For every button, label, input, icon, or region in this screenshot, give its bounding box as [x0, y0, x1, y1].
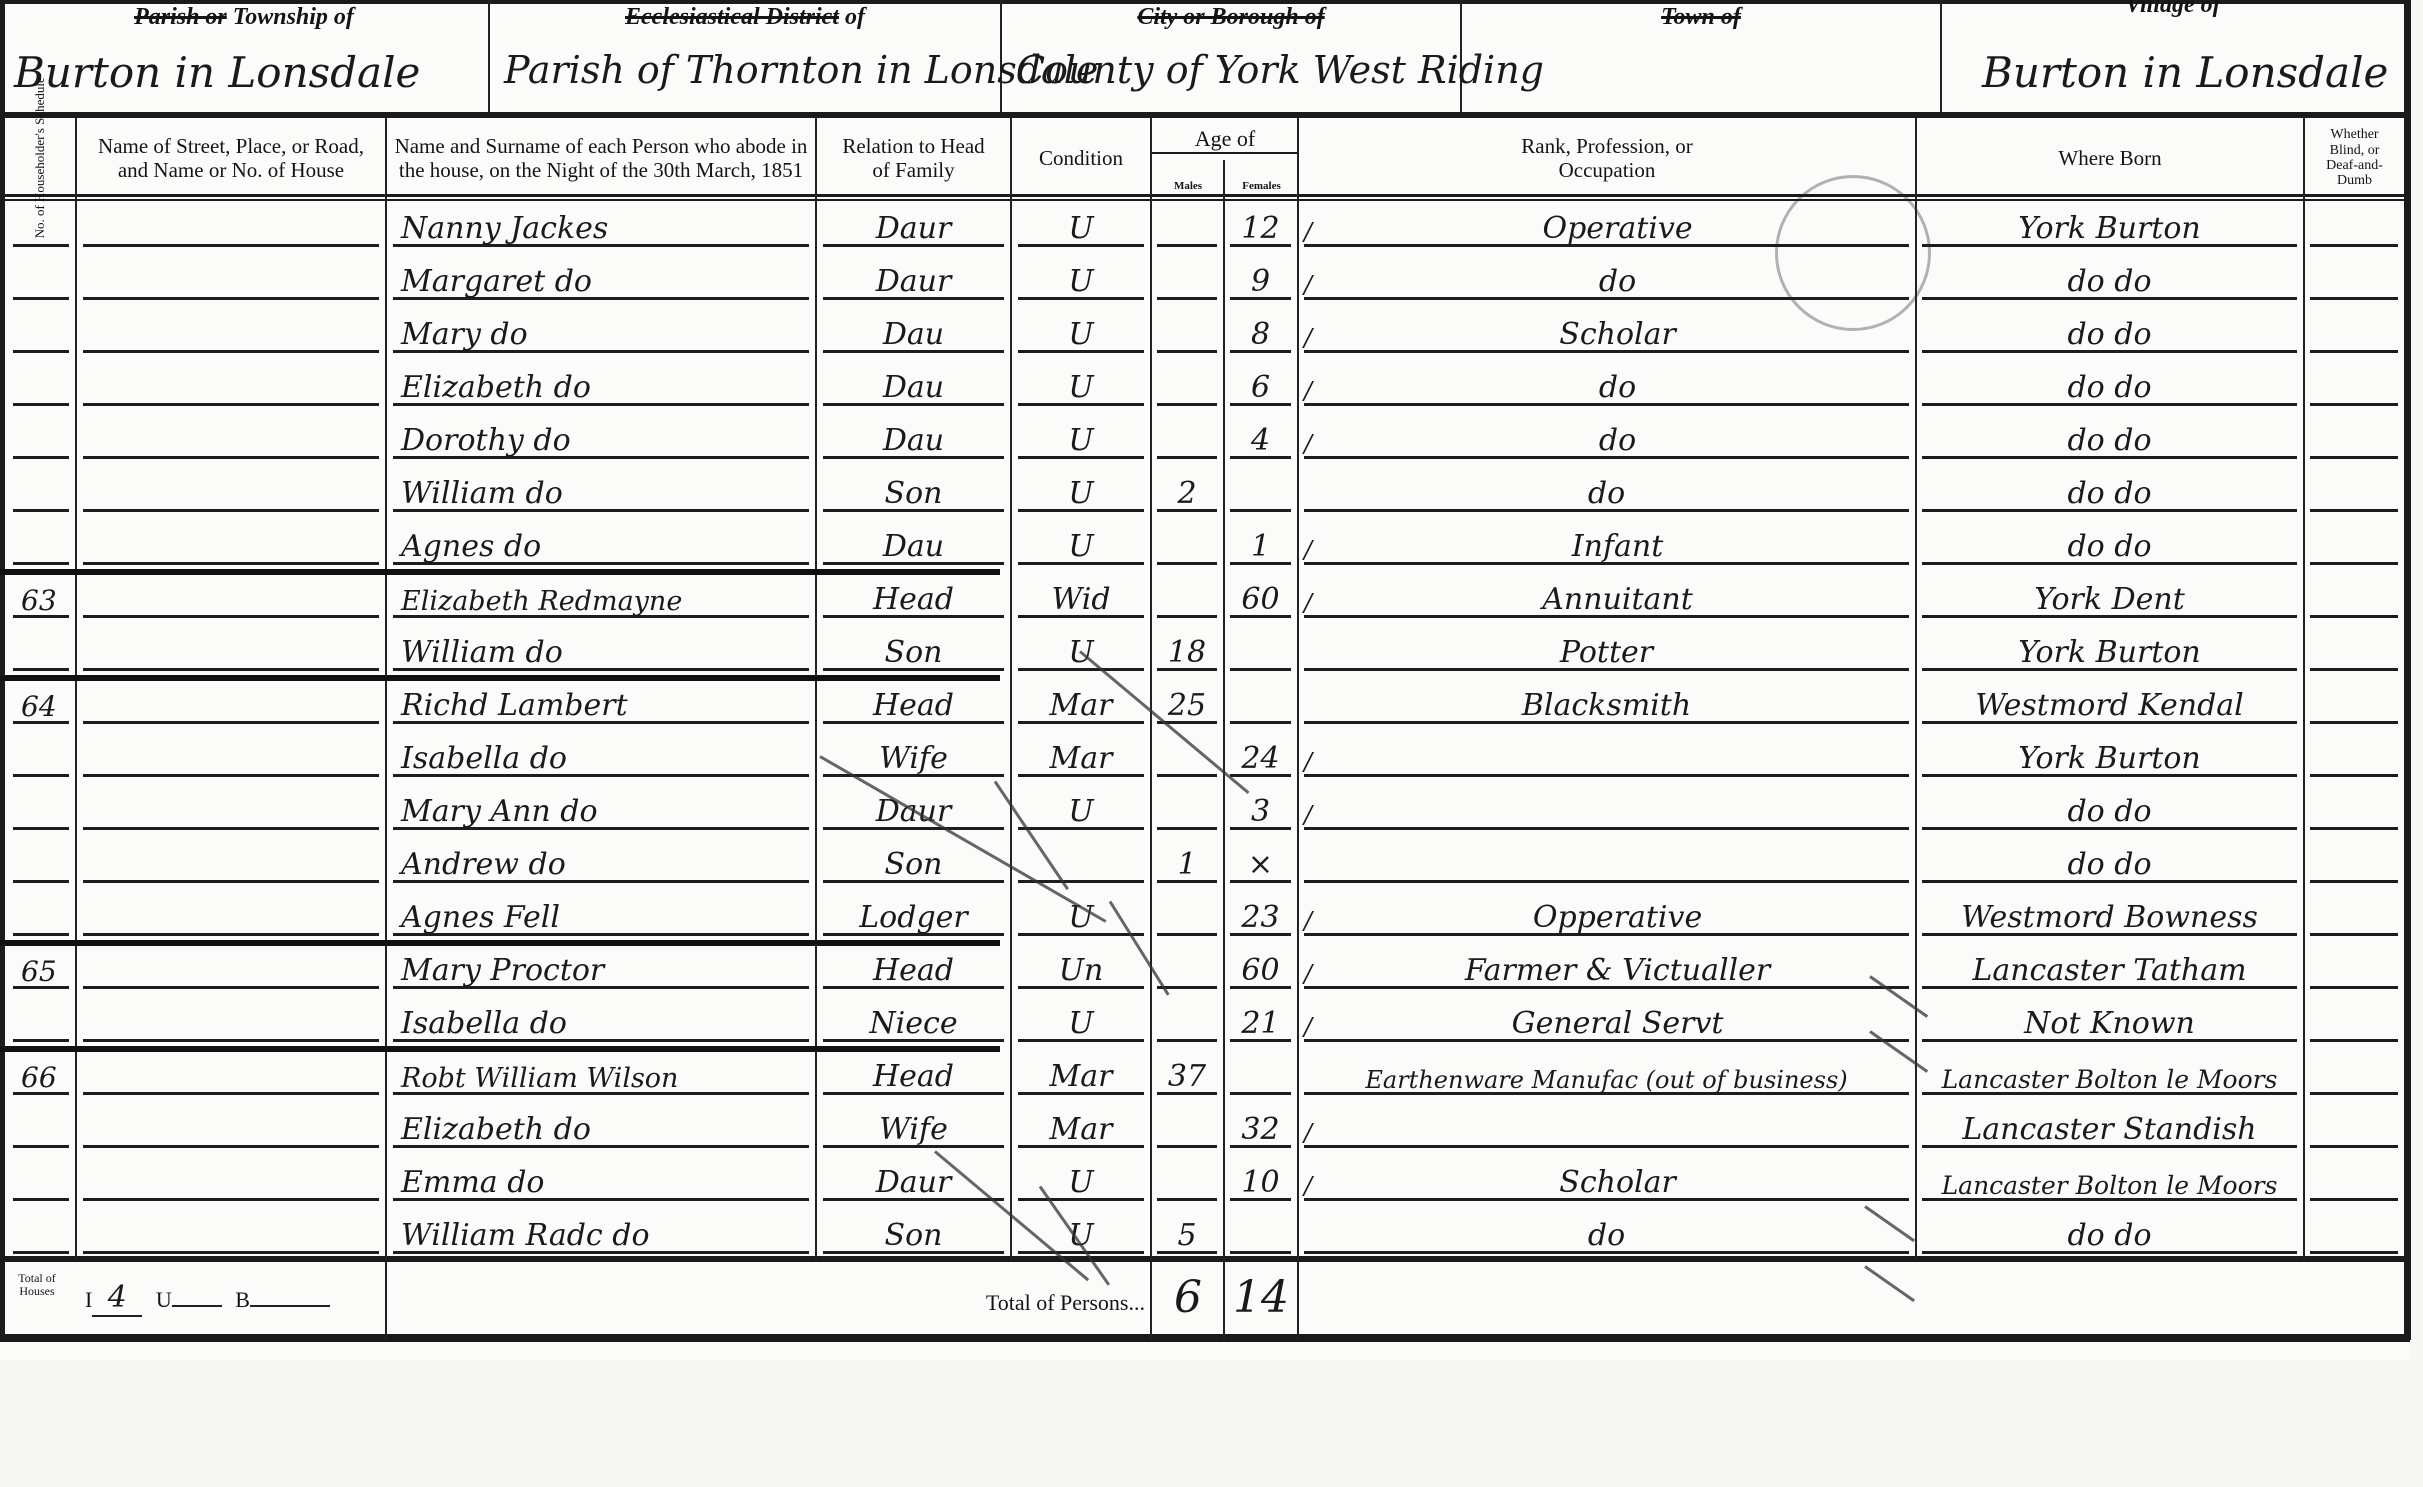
building-prefix: B: [235, 1287, 250, 1312]
relation: Daur: [818, 1154, 1009, 1207]
schedule-number: [8, 1101, 74, 1154]
person-name: Mary do: [388, 306, 814, 359]
person-name: William do: [388, 624, 814, 677]
blind-deaf: [2305, 465, 2403, 518]
blind-deaf: [2305, 730, 2403, 783]
where-born: do do: [1917, 518, 2302, 571]
header-age: Age of Males Females: [1152, 118, 1298, 198]
age-of-label: Age of: [1152, 126, 1298, 152]
occupation: /do: [1299, 412, 1914, 465]
male-age: 37: [1152, 1048, 1222, 1101]
schedule-number: [8, 465, 74, 518]
table-row: Emma doDaurU10/ScholarLancaster Bolton l…: [0, 1154, 2410, 1207]
building-count: [250, 1305, 330, 1307]
blind-deaf: [2305, 783, 2403, 836]
tally-tick: /: [1304, 379, 1312, 403]
female-age: 3: [1225, 783, 1296, 836]
female-age: [1225, 1207, 1296, 1260]
person-name: William do: [388, 465, 814, 518]
table-row: Elizabeth doWifeMar32/Lancaster Standish: [0, 1101, 2410, 1154]
condition: U: [1013, 783, 1149, 836]
where-born: Lancaster Tatham: [1917, 942, 2302, 995]
where-born: do do: [1917, 253, 2302, 306]
where-born: do do: [1917, 465, 2302, 518]
male-age: [1152, 306, 1222, 359]
header-schedule-no: No. of Householder's Schedule: [5, 118, 75, 198]
table-row: Agnes FellLodgerU23/OpperativeWestmord B…: [0, 889, 2410, 942]
blind-deaf: [2305, 1101, 2403, 1154]
tally-tick: /: [1304, 803, 1312, 827]
where-born: do do: [1917, 783, 2302, 836]
header-condition: Condition: [1012, 118, 1150, 198]
person-name: Isabella do: [388, 730, 814, 783]
female-age: 1: [1225, 518, 1296, 571]
male-age: [1152, 253, 1222, 306]
village-field: Village of Burton in Lonsdale: [1942, 0, 2404, 112]
person-name: Elizabeth Redmayne: [388, 571, 814, 624]
street-cell: [78, 836, 384, 889]
female-age: 21: [1225, 995, 1296, 1048]
blind-deaf: [2305, 995, 2403, 1048]
occupation: /: [1299, 730, 1914, 783]
relation: Head: [818, 942, 1009, 995]
female-age: [1225, 465, 1296, 518]
condition: U: [1013, 995, 1149, 1048]
female-age: 23: [1225, 889, 1296, 942]
male-age: 18: [1152, 624, 1222, 677]
town-field: Town of: [1462, 0, 1940, 112]
street-cell: [78, 518, 384, 571]
schedule-number: [8, 730, 74, 783]
street-cell: [78, 995, 384, 1048]
occupation: /do: [1299, 359, 1914, 412]
condition: U: [1013, 200, 1149, 253]
tally-tick: /: [1304, 1174, 1312, 1198]
person-name: Andrew do: [388, 836, 814, 889]
schedule-number: [8, 1154, 74, 1207]
where-born: do do: [1917, 1207, 2302, 1260]
female-age: 9: [1225, 253, 1296, 306]
condition: U: [1013, 306, 1149, 359]
male-age: [1152, 783, 1222, 836]
street-cell: [78, 1207, 384, 1260]
village-label: Village of: [2125, 0, 2220, 18]
parish-township-field: Parish or Township of Burton in Lonsdale: [0, 0, 488, 112]
condition: U: [1013, 465, 1149, 518]
table-row: 65Mary ProctorHeadUn60/Farmer & Victuall…: [0, 942, 2410, 995]
male-age: [1152, 571, 1222, 624]
condition: Mar: [1013, 1048, 1149, 1101]
schedule-number: 64: [8, 677, 74, 730]
occupation: [1299, 836, 1914, 889]
table-row: William Radc doSonU5dodo do: [0, 1207, 2410, 1260]
street-cell: [78, 677, 384, 730]
blind-deaf: [2305, 359, 2403, 412]
person-name: Nanny Jackes: [388, 200, 814, 253]
occupation: do: [1299, 1207, 1914, 1260]
condition: Wid: [1013, 571, 1149, 624]
street-cell: [78, 624, 384, 677]
tally-tick: /: [1304, 273, 1312, 297]
inhabited-count: 4: [92, 1280, 142, 1317]
condition: Mar: [1013, 677, 1149, 730]
table-row: Andrew doSon1×do do: [0, 836, 2410, 889]
city-label-struck: City or Borough of: [1137, 4, 1324, 30]
street-cell: [78, 1101, 384, 1154]
table-row: 66Robt William WilsonHeadMar37Earthenwar…: [0, 1048, 2410, 1101]
schedule-number: [8, 783, 74, 836]
street-cell: [78, 306, 384, 359]
blind-deaf: [2305, 677, 2403, 730]
header-name: Name and Surname of each Person who abod…: [387, 118, 815, 198]
village-value: Burton in Lonsdale: [1982, 48, 2388, 97]
header-relation: Relation to Head of Family: [817, 118, 1010, 198]
relation: Daur: [818, 200, 1009, 253]
header-street: Name of Street, Place, or Road, and Name…: [77, 118, 385, 198]
person-name: Mary Ann do: [388, 783, 814, 836]
person-name: William Radc do: [388, 1207, 814, 1260]
female-age: [1225, 677, 1296, 730]
township-label: Township of: [233, 4, 354, 30]
female-age: 60: [1225, 571, 1296, 624]
ink-circle-mark: [1775, 175, 1931, 331]
condition: U: [1013, 412, 1149, 465]
totals-row: Total of Houses I4 U B Total of Persons.…: [0, 1260, 2410, 1340]
schedule-number: [8, 306, 74, 359]
male-age: [1152, 412, 1222, 465]
ecclesiastical-district-field: Ecclesiastical District of Parish of Tho…: [490, 0, 1000, 112]
schedule-number: [8, 518, 74, 571]
table-row: Dorothy doDauU4/dodo do: [0, 412, 2410, 465]
blind-deaf: [2305, 889, 2403, 942]
male-age: 5: [1152, 1207, 1222, 1260]
person-name: Agnes Fell: [388, 889, 814, 942]
total-houses-label: Total of Houses: [6, 1272, 68, 1297]
occupation: /Scholar: [1299, 1154, 1914, 1207]
male-age: [1152, 995, 1222, 1048]
relation: Dau: [818, 359, 1009, 412]
female-age: 60: [1225, 942, 1296, 995]
total-persons-label: Total of Persons...: [860, 1290, 1145, 1316]
blind-deaf: [2305, 571, 2403, 624]
street-cell: [78, 889, 384, 942]
census-sheet: Parish or Township of Burton in Lonsdale…: [0, 0, 2410, 1360]
female-age: 8: [1225, 306, 1296, 359]
total-males: 6: [1152, 1272, 1224, 1323]
schedule-number: [8, 253, 74, 306]
table-row: Nanny JackesDaurU12/OperativeYork Burton: [0, 200, 2410, 253]
schedule-number: [8, 624, 74, 677]
street-cell: [78, 200, 384, 253]
street-cell: [78, 783, 384, 836]
relation: Dau: [818, 518, 1009, 571]
schedule-number: [8, 200, 74, 253]
relation: Dau: [818, 306, 1009, 359]
female-age: 32: [1225, 1101, 1296, 1154]
uninhabited-count: [172, 1305, 222, 1307]
tally-tick: /: [1304, 326, 1312, 350]
person-name: Elizabeth do: [388, 359, 814, 412]
condition: U: [1013, 518, 1149, 571]
blind-deaf: [2305, 412, 2403, 465]
where-born: York Burton: [1917, 730, 2302, 783]
tally-tick: /: [1304, 1121, 1312, 1145]
male-age: [1152, 730, 1222, 783]
schedule-number: [8, 995, 74, 1048]
uninhabited-prefix: U: [156, 1287, 172, 1312]
female-age: 10: [1225, 1154, 1296, 1207]
occupation: do: [1299, 465, 1914, 518]
occupation: Earthenware Manufac (out of business): [1299, 1048, 1914, 1101]
person-name: Robt William Wilson: [388, 1048, 814, 1101]
occupation: /Annuitant: [1299, 571, 1914, 624]
table-row: 63Elizabeth RedmayneHeadWid60/AnnuitantY…: [0, 571, 2410, 624]
male-age: [1152, 889, 1222, 942]
relation: Wife: [818, 1101, 1009, 1154]
blind-deaf: [2305, 1207, 2403, 1260]
female-age: 24: [1225, 730, 1296, 783]
relation: Dau: [818, 412, 1009, 465]
tally-tick: /: [1304, 432, 1312, 456]
where-born: Lancaster Bolton le Moors: [1917, 1048, 2302, 1101]
male-age: 2: [1152, 465, 1222, 518]
street-cell: [78, 730, 384, 783]
houses-counts: I4 U B: [85, 1280, 330, 1317]
male-age: 1: [1152, 836, 1222, 889]
table-row: Margaret doDaurU9/dodo do: [0, 253, 2410, 306]
city-borough-field: City or Borough of County of York West R…: [1002, 0, 1460, 112]
schedule-number: 66: [8, 1048, 74, 1101]
where-born: Westmord Kendal: [1917, 677, 2302, 730]
tally-tick: /: [1304, 591, 1312, 615]
male-age: [1152, 200, 1222, 253]
person-name: Isabella do: [388, 995, 814, 1048]
where-born: Not Known: [1917, 995, 2302, 1048]
relation: Son: [818, 836, 1009, 889]
blind-deaf: [2305, 942, 2403, 995]
tally-tick: /: [1304, 750, 1312, 774]
person-name: Mary Proctor: [388, 942, 814, 995]
female-age: [1225, 1048, 1296, 1101]
table-row: William doSonU2dodo do: [0, 465, 2410, 518]
street-cell: [78, 359, 384, 412]
schedule-number: [8, 1207, 74, 1260]
relation: Head: [818, 677, 1009, 730]
table-row: Mary Ann doDaurU3/do do: [0, 783, 2410, 836]
eccl-label: of: [845, 4, 865, 30]
table-row: Agnes doDauU1/Infantdo do: [0, 518, 2410, 571]
street-cell: [78, 1154, 384, 1207]
condition: U: [1013, 253, 1149, 306]
where-born: York Burton: [1917, 200, 2302, 253]
total-females: 14: [1225, 1272, 1297, 1323]
street-cell: [78, 465, 384, 518]
person-name: Richd Lambert: [388, 677, 814, 730]
header-males: Males: [1152, 180, 1224, 192]
person-name: Dorothy do: [388, 412, 814, 465]
street-cell: [78, 1048, 384, 1101]
where-born: do do: [1917, 412, 2302, 465]
condition: Un: [1013, 942, 1149, 995]
where-born: York Dent: [1917, 571, 2302, 624]
female-age: 6: [1225, 359, 1296, 412]
male-age: [1152, 359, 1222, 412]
occupation: /: [1299, 1101, 1914, 1154]
town-label-struck: Town of: [1661, 4, 1741, 30]
census-entries: Nanny JackesDaurU12/OperativeYork Burton…: [0, 200, 2410, 1260]
relation: Son: [818, 465, 1009, 518]
relation: Head: [818, 571, 1009, 624]
female-age: [1225, 624, 1296, 677]
blind-deaf: [2305, 253, 2403, 306]
relation: Son: [818, 1207, 1009, 1260]
male-age: [1152, 1154, 1222, 1207]
occupation: /Farmer & Victualler: [1299, 942, 1914, 995]
blind-deaf: [2305, 1048, 2403, 1101]
where-born: do do: [1917, 306, 2302, 359]
condition: U: [1013, 359, 1149, 412]
tally-tick: /: [1304, 220, 1312, 244]
table-row: Isabella doNieceU21/General ServtNot Kno…: [0, 995, 2410, 1048]
condition: Mar: [1013, 1101, 1149, 1154]
where-born: Lancaster Bolton le Moors: [1917, 1154, 2302, 1207]
table-row: Elizabeth doDauU6/dodo do: [0, 359, 2410, 412]
table-row: William doSonU18PotterYork Burton: [0, 624, 2410, 677]
street-cell: [78, 253, 384, 306]
person-name: Emma do: [388, 1154, 814, 1207]
male-age: [1152, 1101, 1222, 1154]
female-age: 12: [1225, 200, 1296, 253]
relation: Wife: [818, 730, 1009, 783]
occupation: /General Servt: [1299, 995, 1914, 1048]
eccl-label-struck: Ecclesiastical District: [625, 4, 839, 30]
tally-tick: /: [1304, 909, 1312, 933]
tally-tick: /: [1304, 538, 1312, 562]
inhabited-prefix: I: [85, 1287, 92, 1312]
street-cell: [78, 412, 384, 465]
blind-deaf: [2305, 200, 2403, 253]
blind-deaf: [2305, 836, 2403, 889]
header-where-born: Where Born: [1917, 118, 2303, 198]
relation: Niece: [818, 995, 1009, 1048]
table-row: 64Richd LambertHeadMar25BlacksmithWestmo…: [0, 677, 2410, 730]
occupation: Potter: [1299, 624, 1914, 677]
where-born: Lancaster Standish: [1917, 1101, 2302, 1154]
schedule-number: [8, 412, 74, 465]
where-born: York Burton: [1917, 624, 2302, 677]
where-born: Westmord Bowness: [1917, 889, 2302, 942]
schedule-number: 63: [8, 571, 74, 624]
where-born: do do: [1917, 359, 2302, 412]
table-row: Mary doDauU8/Scholardo do: [0, 306, 2410, 359]
condition: Mar: [1013, 730, 1149, 783]
tally-tick: /: [1304, 962, 1312, 986]
relation: Son: [818, 624, 1009, 677]
tally-tick: /: [1304, 1015, 1312, 1039]
header-blind-deaf: Whether Blind, or Deaf-and-Dumb: [2305, 118, 2404, 198]
female-age: ×: [1225, 836, 1296, 889]
blind-deaf: [2305, 1154, 2403, 1207]
person-name: Margaret do: [388, 253, 814, 306]
relation: Daur: [818, 253, 1009, 306]
female-age: 4: [1225, 412, 1296, 465]
occupation: /: [1299, 783, 1914, 836]
occupation: Blacksmith: [1299, 677, 1914, 730]
township-value: Burton in Lonsdale: [14, 48, 420, 97]
blind-deaf: [2305, 624, 2403, 677]
condition: U: [1013, 1154, 1149, 1207]
header-females: Females: [1225, 180, 1298, 192]
blind-deaf: [2305, 306, 2403, 359]
schedule-number: [8, 359, 74, 412]
schedule-number: 65: [8, 942, 74, 995]
where-born: do do: [1917, 836, 2302, 889]
occupation: /Opperative: [1299, 889, 1914, 942]
person-name: Elizabeth do: [388, 1101, 814, 1154]
relation: Head: [818, 1048, 1009, 1101]
male-age: [1152, 518, 1222, 571]
occupation: /Infant: [1299, 518, 1914, 571]
person-name: Agnes do: [388, 518, 814, 571]
blind-deaf: [2305, 518, 2403, 571]
relation: Lodger: [818, 889, 1009, 942]
schedule-number: [8, 889, 74, 942]
schedule-number: [8, 836, 74, 889]
street-cell: [78, 571, 384, 624]
street-cell: [78, 942, 384, 995]
parish-label-struck: Parish or: [134, 4, 227, 30]
